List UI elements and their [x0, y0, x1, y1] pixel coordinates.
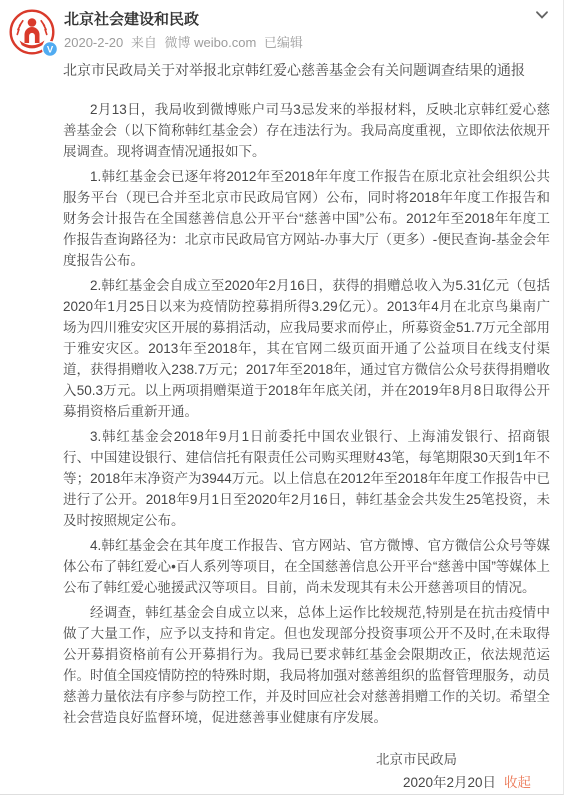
edited-label: 已编辑 — [264, 35, 303, 50]
header-info: 北京社会建设和民政 2020-2-20 来自 微博 weibo.com 已编辑 — [64, 8, 307, 51]
paragraph-conclusion: 经调查，韩红基金会自成立以来，总体上运作比较规范,特别是在抗击疫情中做了大量工作… — [63, 602, 550, 728]
source-prefix-label: 来自 — [131, 35, 157, 50]
paragraph-item-3: 3.韩红基金会2018年9月1日前委托中国农业银行、上海浦发银行、招商银行、中国… — [63, 426, 550, 531]
author-name[interactable]: 北京社会建设和民政 — [64, 9, 307, 31]
weibo-post-card: V 北京社会建设和民政 2020-2-20 来自 微博 weibo.com 已编… — [0, 0, 564, 795]
post-header: V 北京社会建设和民政 2020-2-20 来自 微博 weibo.com 已编… — [0, 0, 563, 56]
verified-badge-icon: V — [42, 41, 58, 57]
paragraph-item-1: 1.韩红基金会已逐年将2012年至2018年年度工作报告在原北京社会组织公共服务… — [63, 166, 550, 271]
paragraph-item-4: 4.韩红基金会在其年度工作报告、官方网站、官方微博、官方微信公众号等媒体公布了韩… — [63, 535, 550, 598]
avatar[interactable]: V — [8, 8, 56, 56]
paragraph-item-2: 2.韩红基金会自成立至2020年2月16日，获得的捐赠总收入为5.31亿元（包括… — [63, 275, 550, 422]
post-content: 北京市民政局关于对举报北京韩红爱心慈善基金会有关问题调查结果的通报 2月13日，… — [63, 60, 550, 793]
svg-text:V: V — [47, 45, 54, 56]
paragraph-intro: 2月13日，我局收到微博账户司马3忌发来的举报材料，反映北京韩红爱心慈善基金会（… — [63, 99, 550, 162]
signature-date: 2020年2月20日 — [403, 775, 496, 790]
post-body: 2月13日，我局收到微博账户司马3忌发来的举报材料，反映北京韩红爱心慈善基金会（… — [63, 99, 550, 728]
signature-name: 北京市民政局 — [63, 749, 550, 770]
source-link[interactable]: 微博 weibo.com — [165, 35, 257, 50]
chevron-down-icon[interactable] — [533, 6, 551, 24]
post-title: 北京市民政局关于对举报北京韩红爱心慈善基金会有关问题调查结果的通报 — [63, 60, 550, 80]
signature-date-line: 2020年2月20日收起 — [63, 772, 550, 793]
post-meta: 2020-2-20 来自 微博 weibo.com 已编辑 — [64, 34, 307, 51]
post-timestamp: 2020-2-20 — [64, 35, 123, 50]
collapse-link[interactable]: 收起 — [504, 775, 531, 790]
signature-block: 北京市民政局 2020年2月20日收起 — [63, 749, 550, 793]
